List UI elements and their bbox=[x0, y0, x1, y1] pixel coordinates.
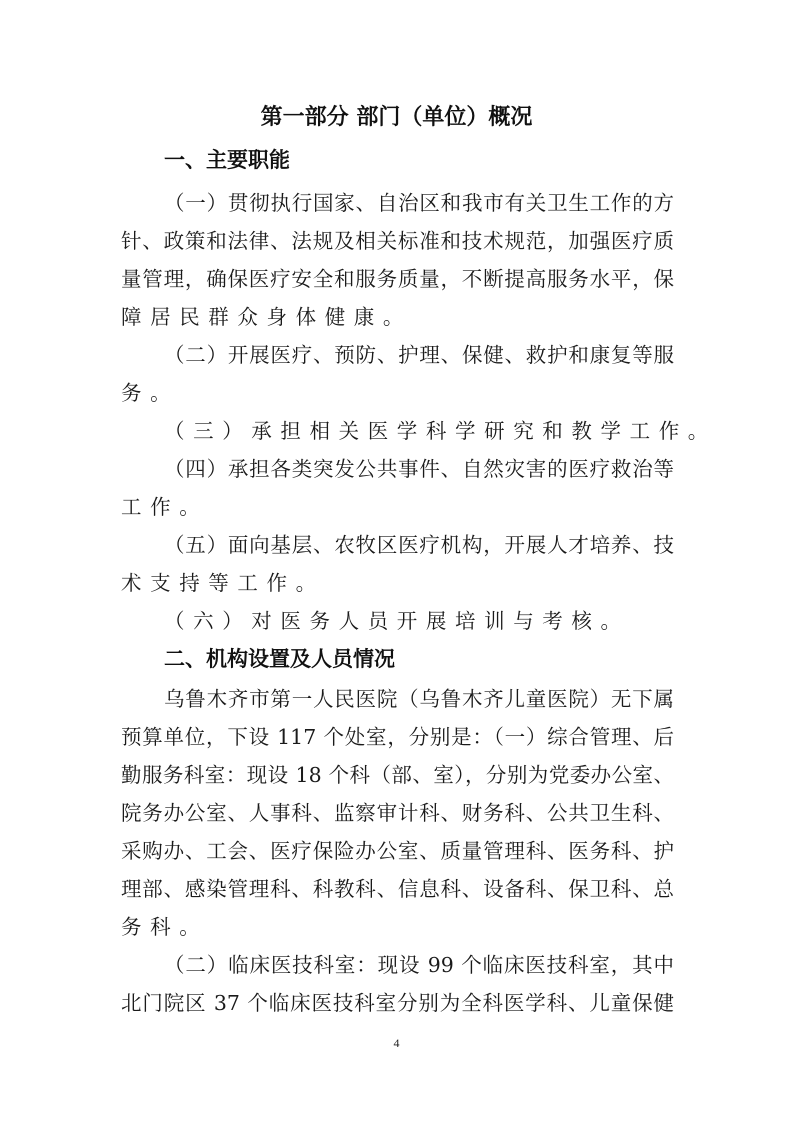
paragraph-line: （五）面向基层、农牧区医疗机构，开展人才培养、技 bbox=[164, 530, 674, 560]
paragraph-line: 务科。 bbox=[121, 912, 674, 942]
paragraph-line: 院务办公室、人事科、监察审计科、财务科、公共卫生科、 bbox=[121, 798, 674, 828]
document-page: 第一部分 部门（单位）概况 一、主要职能 （一）贯彻执行国家、自治区和我市有关卫… bbox=[0, 0, 793, 1122]
page-title: 第一部分 部门（单位）概况 bbox=[0, 103, 793, 133]
paragraph-line: （二）临床医技科室：现设 99 个临床医技科室，其中 bbox=[164, 950, 674, 980]
paragraph-line: 乌鲁木齐市第一人民医院（乌鲁木齐儿童医院）无下属 bbox=[164, 684, 674, 714]
paragraph-line: 工作。 bbox=[121, 492, 674, 522]
paragraph-line: 障居民群众身体健康。 bbox=[121, 302, 674, 332]
page-number: 4 bbox=[0, 1036, 793, 1051]
paragraph-line: 预算单位，下设 117 个处室，分别是：（一）综合管理、后 bbox=[121, 722, 674, 752]
paragraph-line: 量管理，确保医疗安全和服务质量，不断提高服务水平，保 bbox=[121, 264, 674, 294]
section-heading-organization: 二、机构设置及人员情况 bbox=[164, 644, 395, 674]
section-heading-main-functions: 一、主要职能 bbox=[164, 145, 290, 175]
paragraph-line: 北门院区 37 个临床医技科室分别为全科医学科、儿童保健 bbox=[121, 988, 674, 1018]
paragraph-line: 采购办、工会、医疗保险办公室、质量管理科、医务科、护 bbox=[121, 836, 674, 866]
paragraph-line: 务。 bbox=[121, 378, 674, 408]
paragraph-line: 理部、感染管理科、科教科、信息科、设备科、保卫科、总 bbox=[121, 874, 674, 904]
paragraph-line: （一）贯彻执行国家、自治区和我市有关卫生工作的方 bbox=[164, 188, 674, 218]
paragraph-line: 针、政策和法律、法规及相关标准和技术规范，加强医疗质 bbox=[121, 226, 674, 256]
paragraph-line: （六）对医务人员开展培训与考核。 bbox=[164, 606, 674, 636]
paragraph-line: （二）开展医疗、预防、护理、保健、救护和康复等服 bbox=[164, 340, 674, 370]
paragraph-line: 勤服务科室：现设 18 个科（部、室），分别为党委办公室、 bbox=[121, 760, 674, 790]
paragraph-line: （三）承担相关医学科学研究和教学工作。 bbox=[164, 416, 674, 446]
paragraph-line: 术支持等工作。 bbox=[121, 568, 674, 598]
paragraph-line: （四）承担各类突发公共事件、自然灾害的医疗救治等 bbox=[164, 454, 674, 484]
